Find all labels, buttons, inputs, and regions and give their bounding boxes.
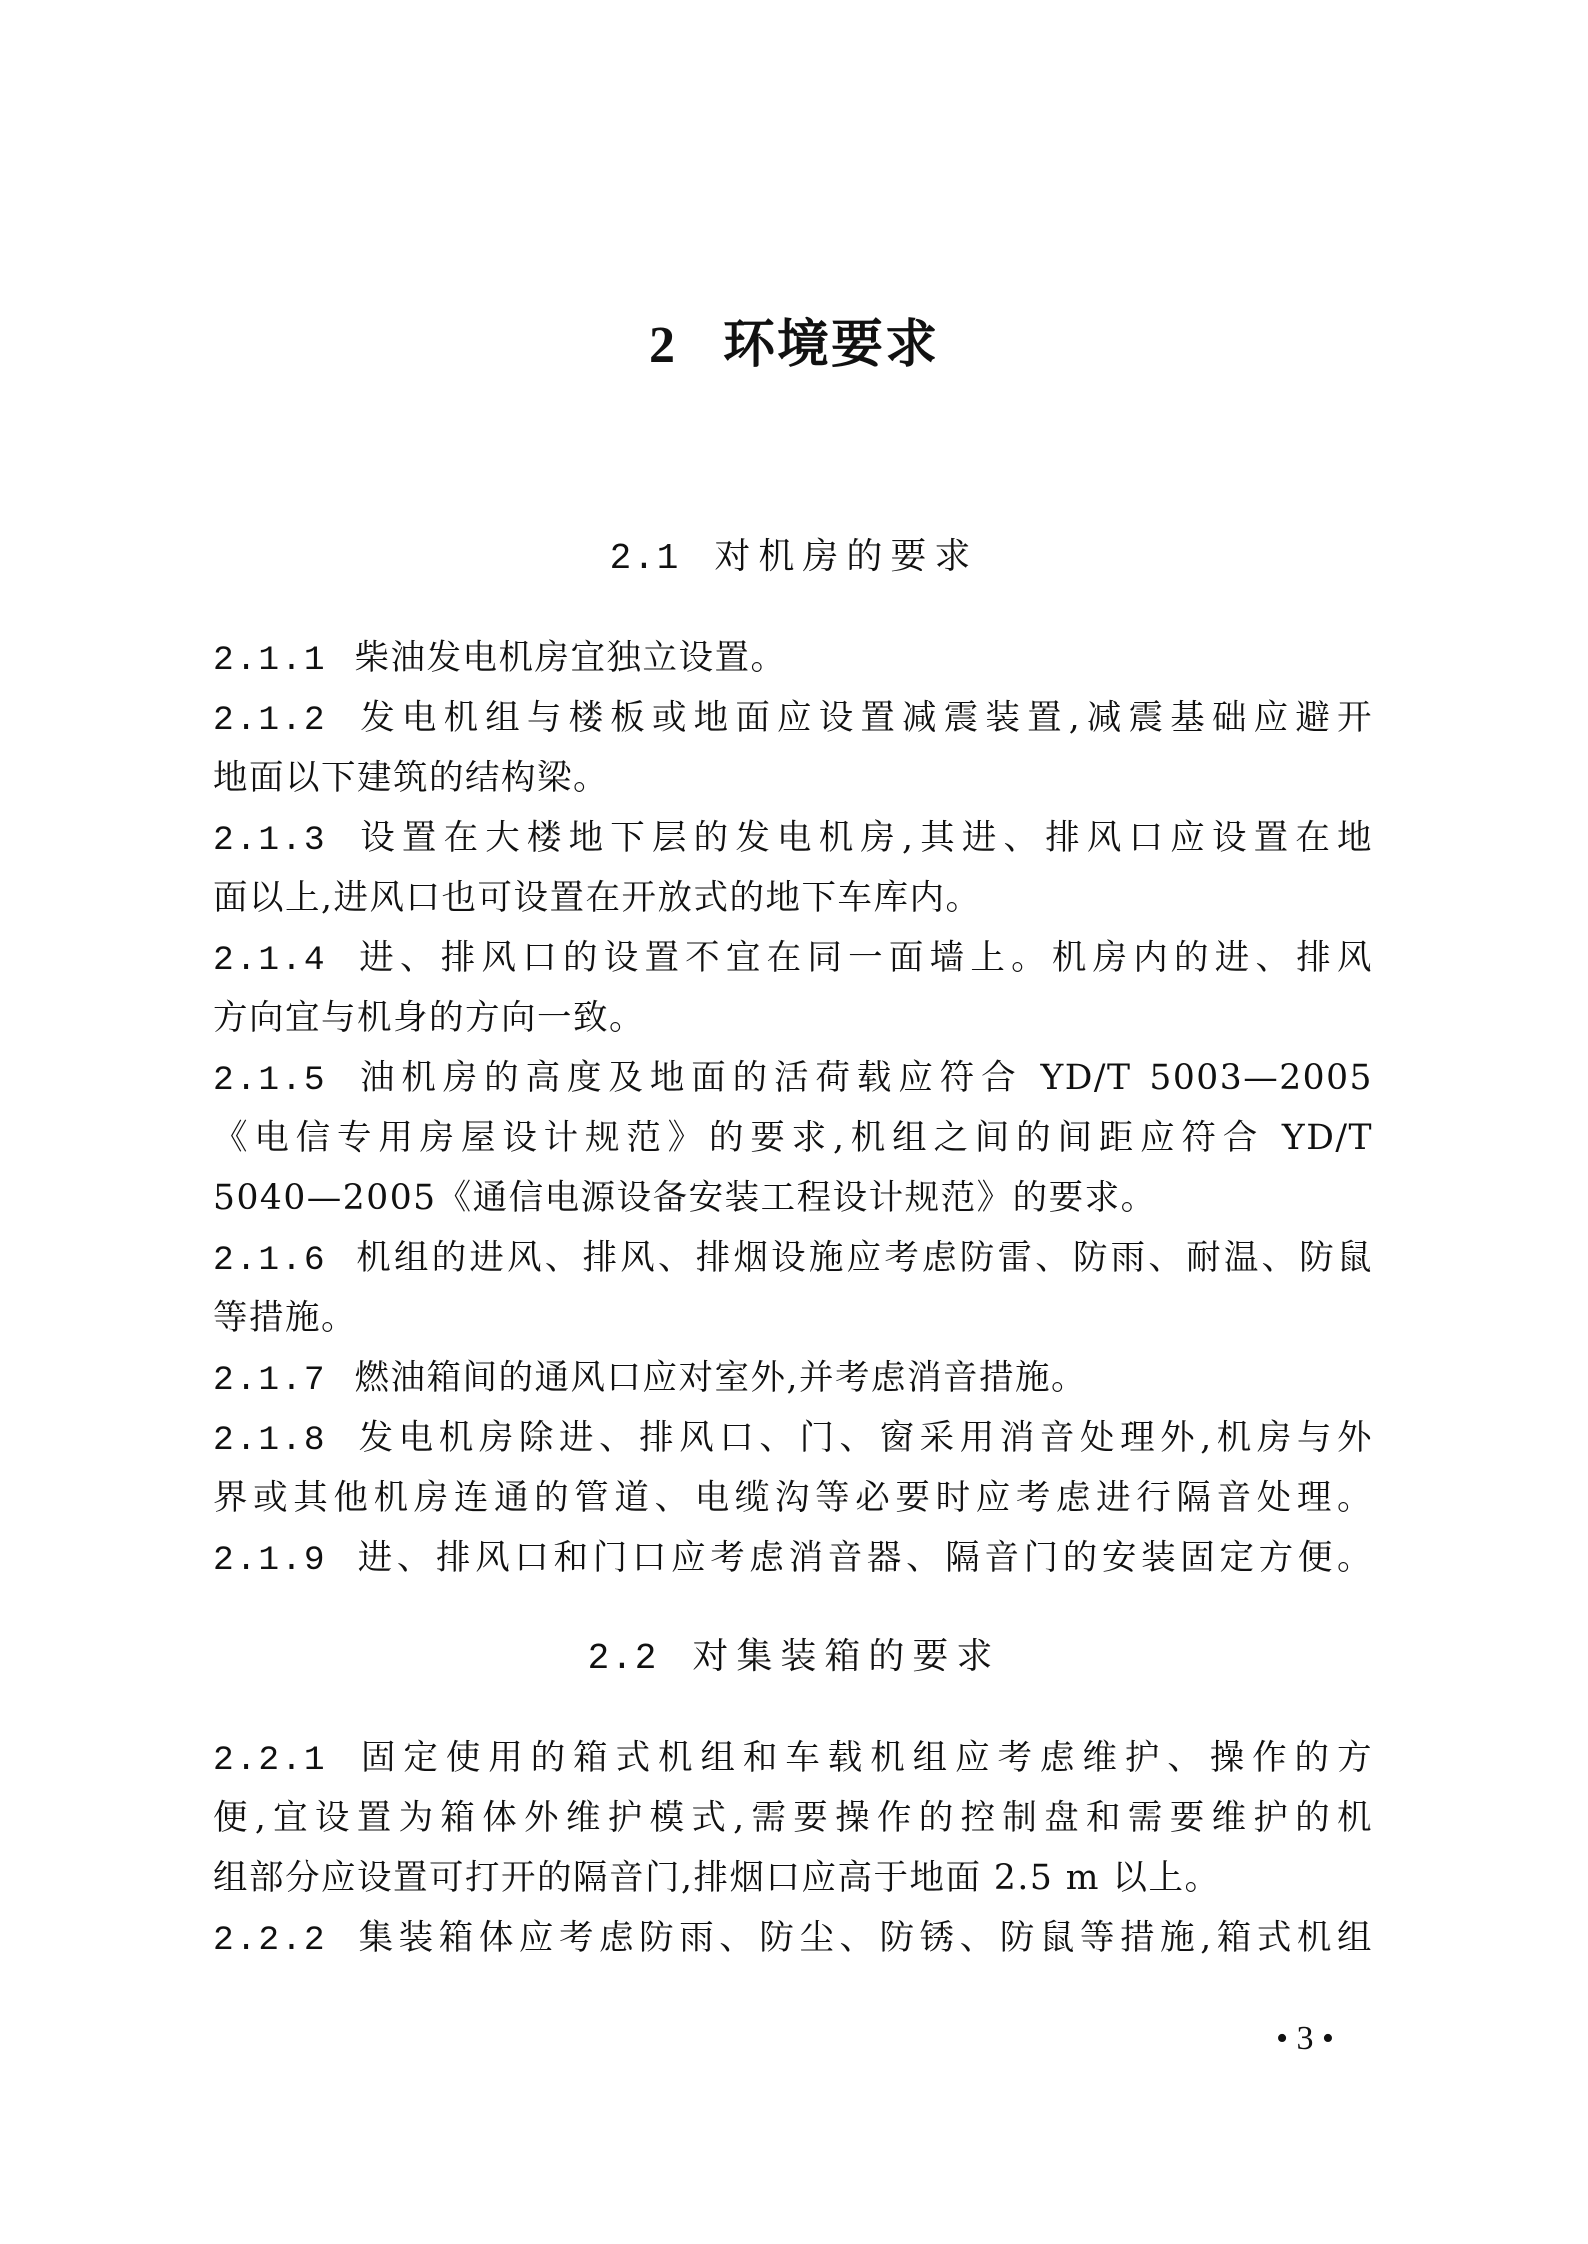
clause-text: 便,宜设置为箱体外维护模式,需要操作的控制盘和需要维护的机 [213, 1798, 1373, 1838]
clause-line-continued: 组部分应设置可打开的隔音门,排烟口应高于地面 2.5 m 以上。 [213, 1856, 1373, 1900]
clause-text: 设置在大楼地下层的发电机房,其进、排风口应设置在地 [355, 818, 1373, 858]
chapter-number: 2 [649, 317, 677, 374]
section-title: 对机房的要求 [714, 536, 978, 577]
clause-line-continued: 《电信专用房屋设计规范》的要求,机组之间的间距应符合 YD/T [213, 1116, 1373, 1160]
clause-text: 油机房的高度及地面的活荷载应符合 YD/T 5003—2005 [355, 1058, 1373, 1098]
section-title: 对集装箱的要求 [692, 1636, 1000, 1677]
clause-number: 2.1.5 [213, 1061, 327, 1100]
chapter-title: 环境要求 [723, 315, 939, 375]
clause-line: 2.1.6机组的进风、排风、排烟设施应考虑防雷、防雨、耐温、防鼠 [213, 1236, 1373, 1283]
clause-number: 2.1.8 [213, 1421, 327, 1460]
clause-text: 进、排风口和门口应考虑消音器、隔音门的安装固定方便。 [355, 1538, 1373, 1578]
section-heading-2-2: 2.2对集装箱的要求 [0, 1628, 1588, 1679]
clause-text: 发电机组与楼板或地面应设置减震装置,减震基础应避开 [355, 698, 1373, 738]
clause-text: 集装箱体应考虑防雨、防尘、防锈、防鼠等措施,箱式机组 [355, 1918, 1373, 1958]
clause-line-continued: 等措施。 [213, 1296, 1373, 1340]
clause-line: 2.1.1柴油发电机房宜独立设置。 [213, 636, 1373, 683]
clause-text: 《电信专用房屋设计规范》的要求,机组之间的间距应符合 YD/T [213, 1118, 1373, 1158]
clause-text: 等措施。 [213, 1298, 357, 1338]
clause-line-continued: 方向宜与机身的方向一致。 [213, 996, 1373, 1040]
clause-line: 2.1.9进、排风口和门口应考虑消音器、隔音门的安装固定方便。 [213, 1536, 1373, 1583]
section-number: 2.1 [610, 538, 681, 579]
clause-number: 2.1.9 [213, 1541, 327, 1580]
clause-line-continued: 面以上,进风口也可设置在开放式的地下车库内。 [213, 876, 1373, 920]
clause-line: 2.1.7燃油箱间的通风口应对室外,并考虑消音措施。 [213, 1356, 1373, 1403]
clause-line-continued: 5040—2005《通信电源设备安装工程设计规范》的要求。 [213, 1176, 1373, 1220]
clause-number: 2.1.3 [213, 821, 327, 860]
clause-text: 机组的进风、排风、排烟设施应考虑防雷、防雨、耐温、防鼠 [355, 1238, 1373, 1278]
clause-number: 2.1.7 [213, 1361, 327, 1400]
clause-line: 2.2.2集装箱体应考虑防雨、防尘、防锈、防鼠等措施,箱式机组 [213, 1916, 1373, 1963]
clause-number: 2.1.6 [213, 1241, 327, 1280]
clause-number: 2.1.4 [213, 941, 327, 980]
page-number: • 3 • [1240, 2020, 1370, 2058]
clause-number: 2.1.1 [213, 641, 327, 680]
clause-line-continued: 便,宜设置为箱体外维护模式,需要操作的控制盘和需要维护的机 [213, 1796, 1373, 1840]
clause-text: 发电机房除进、排风口、门、窗采用消音处理外,机房与外 [355, 1418, 1373, 1458]
clause-text: 进、排风口的设置不宜在同一面墙上。机房内的进、排风 [355, 938, 1373, 978]
clause-line: 2.2.1固定使用的箱式机组和车载机组应考虑维护、操作的方 [213, 1736, 1373, 1783]
clause-line: 2.1.2发电机组与楼板或地面应设置减震装置,减震基础应避开 [213, 696, 1373, 743]
clause-text: 固定使用的箱式机组和车载机组应考虑维护、操作的方 [355, 1738, 1373, 1778]
clause-text: 5040—2005《通信电源设备安装工程设计规范》的要求。 [213, 1178, 1157, 1218]
clause-number: 2.2.1 [213, 1741, 327, 1780]
chapter-heading: 2环境要求 [0, 302, 1588, 377]
clause-line-continued: 界或其他机房连通的管道、电缆沟等必要时应考虑进行隔音处理。 [213, 1476, 1373, 1520]
clause-text: 柴油发电机房宜独立设置。 [355, 638, 787, 678]
clause-number: 2.2.2 [213, 1921, 327, 1960]
clause-line: 2.1.5油机房的高度及地面的活荷载应符合 YD/T 5003—2005 [213, 1056, 1373, 1103]
clause-text: 面以上,进风口也可设置在开放式的地下车库内。 [213, 878, 981, 918]
section-heading-2-1: 2.1对机房的要求 [0, 528, 1588, 579]
clause-line-continued: 地面以下建筑的结构梁。 [213, 756, 1373, 800]
clause-text: 方向宜与机身的方向一致。 [213, 998, 645, 1038]
clause-text: 界或其他机房连通的管道、电缆沟等必要时应考虑进行隔音处理。 [213, 1478, 1373, 1518]
section-number: 2.2 [588, 1638, 659, 1679]
clause-text: 燃油箱间的通风口应对室外,并考虑消音措施。 [355, 1358, 1087, 1398]
clause-line: 2.1.3设置在大楼地下层的发电机房,其进、排风口应设置在地 [213, 816, 1373, 863]
document-page: 2环境要求 2.1对机房的要求 2.1.1柴油发电机房宜独立设置。 2.1.2发… [0, 0, 1588, 2244]
clause-line: 2.1.4进、排风口的设置不宜在同一面墙上。机房内的进、排风 [213, 936, 1373, 983]
clause-text: 地面以下建筑的结构梁。 [213, 758, 609, 798]
clause-line: 2.1.8发电机房除进、排风口、门、窗采用消音处理外,机房与外 [213, 1416, 1373, 1463]
clause-number: 2.1.2 [213, 701, 327, 740]
clause-text: 组部分应设置可打开的隔音门,排烟口应高于地面 2.5 m 以上。 [213, 1858, 1220, 1898]
